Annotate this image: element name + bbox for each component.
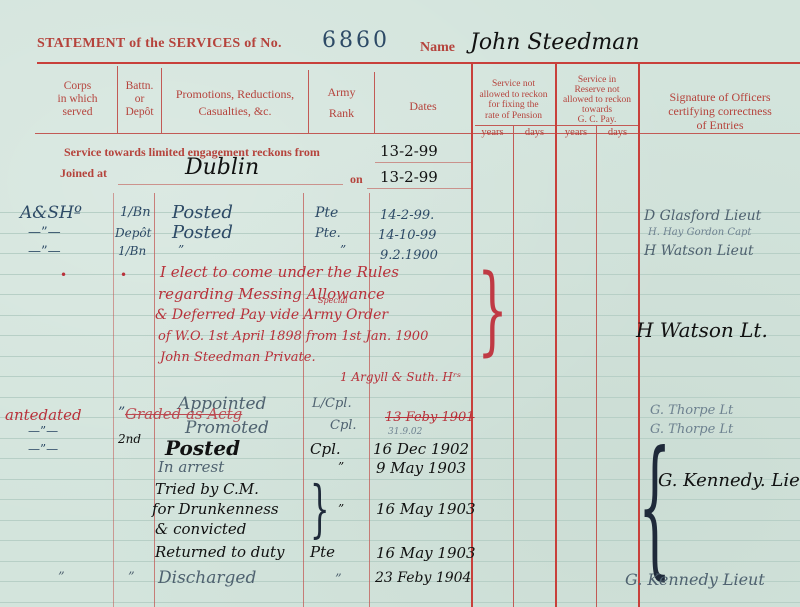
header-years-2: years: [556, 128, 596, 139]
entry-3-date: 9.2.1900: [380, 248, 438, 263]
election-line: I elect to come under the Rules: [160, 263, 399, 281]
col-divider: [471, 62, 473, 607]
later-7-rank: ”: [335, 572, 342, 587]
engagement-from-date: 13-2-99: [380, 142, 438, 160]
entry-1-rank: Pte: [315, 205, 338, 221]
fill-line: [367, 188, 471, 189]
later-3-battn: 2nd: [118, 432, 141, 446]
years-days-rule: [475, 125, 640, 126]
entry-4-battn: •: [120, 268, 127, 282]
header-service-not-allowed: Service notallowed to reckonfor fixing t…: [472, 79, 555, 121]
col-divider: [596, 125, 597, 607]
black-brace-icon: }: [310, 478, 330, 540]
event-line: Tried by C.M.: [155, 480, 259, 498]
entry-2-corps: —”—: [28, 225, 61, 240]
joined-on-date: 13-2-99: [380, 168, 438, 186]
entry-2-date: 14-10-99: [378, 228, 436, 243]
fill-line: [375, 162, 471, 163]
later-4-rank: ”: [338, 460, 344, 474]
entry-3-corps: —”—: [28, 244, 61, 259]
entry-2-signature: H. Hay Gordon Capt: [648, 227, 751, 238]
later-7-signature: G. Kennedy Lieut: [625, 570, 765, 589]
ruled-line: [0, 520, 800, 521]
later-5-signature: G. Kennedy. Lieutenant: [658, 470, 800, 491]
later-2-rank: Cpl.: [330, 418, 357, 433]
header-signature: Signature of Officerscertifying correctn…: [640, 90, 800, 132]
entry-1-date: 14-2-99.: [380, 208, 434, 223]
watson-signature-text: H Watson Lt.: [636, 318, 768, 342]
election-line: & Deferred Pay vide Army Order: [155, 307, 388, 323]
entry-2-rank: Pte.: [315, 226, 341, 241]
later-1-signature: G. Thorpe Lt: [650, 403, 733, 418]
header-dates: Dates: [375, 100, 471, 113]
header-reserve-not-allowed: Service inReserve notallowed to reckonto…: [556, 75, 638, 125]
later-7-battn: ”: [128, 570, 135, 585]
later-2-event: Promoted: [185, 418, 269, 438]
ruled-line: [0, 356, 800, 357]
entry-1-battn: 1/Bn: [120, 205, 151, 220]
later-1-date: 13 Feby 1901: [385, 410, 475, 425]
entry-2-battn: Depôt: [115, 226, 151, 240]
entry-3-rank: ”: [340, 243, 346, 257]
entry-4-corps: •: [60, 268, 67, 282]
joined-place: Dublin: [185, 155, 259, 180]
election-insert: Special: [318, 296, 348, 305]
entry-1-event: Posted: [172, 202, 233, 223]
on-label: on: [350, 172, 363, 187]
name-value: John Steedman: [470, 30, 640, 55]
later-2-date: 31.9.02: [388, 427, 422, 437]
ruled-line: [0, 540, 800, 541]
later-4-date: 9 May 1903: [376, 459, 466, 477]
unit-stamp: 1 Argyll & Suth. Hʳˢ: [340, 370, 461, 384]
entry-1-signature: D Glasford Lieut: [644, 208, 761, 224]
header-battn: Battn.orDepôt: [118, 80, 161, 119]
header-days-2: days: [597, 128, 638, 139]
later-7-corps: ”: [58, 570, 65, 585]
header-bottom-rule: [35, 133, 800, 134]
watson-signature: H Watson Lt.: [636, 318, 768, 342]
col-divider: [555, 62, 557, 607]
fill-line: [118, 184, 343, 185]
later-6-event: Returned to duty: [155, 543, 285, 561]
joined-at-label: Joined at: [60, 166, 107, 181]
header-years-1: years: [472, 128, 513, 139]
entry-1-corps: A&SHº: [20, 203, 82, 223]
entry-2-event: Posted: [172, 222, 233, 243]
service-record-sheet: STATEMENT of the SERVICES of No. 6860 Na…: [0, 0, 800, 607]
later-4-event: In arrest: [158, 458, 224, 476]
entry-3-signature: H Watson Lieut: [644, 243, 754, 259]
ruled-line: [0, 315, 800, 316]
service-number: 6860: [322, 28, 390, 53]
later-1-rank: L/Cpl.: [312, 396, 352, 411]
later-7-event: Discharged: [158, 568, 256, 588]
title-text: STATEMENT of the SERVICES of No.: [37, 36, 282, 51]
header-promotions: Promotions, Reductions,Casualties, &c.: [162, 86, 308, 120]
entry-3-battn: 1/Bn: [118, 244, 146, 258]
signature-brace-icon: {: [638, 432, 671, 582]
header-days-1: days: [514, 128, 555, 139]
header-rank: ArmyRank: [309, 86, 374, 120]
col-divider: [369, 193, 370, 607]
entry-3-event: ”: [178, 243, 184, 257]
election-line: of W.O. 1st April 1898 from 1st Jan. 190…: [158, 329, 428, 344]
document-title: STATEMENT of the SERVICES of No.: [37, 36, 282, 52]
ruled-line: [0, 397, 800, 398]
ruled-line: [0, 602, 800, 603]
later-5-rank: ”: [338, 502, 344, 516]
election-signature: John Steedman Private.: [160, 350, 316, 365]
later-6-date: 16 May 1903: [376, 544, 476, 562]
event-line: for Drunkenness: [152, 500, 279, 518]
name-label: Name: [420, 40, 455, 56]
header-corps: Corpsin whichserved: [40, 80, 115, 119]
header-top-rule: [37, 62, 800, 64]
later-3-rank: Cpl.: [310, 440, 341, 458]
later-3-event: Posted: [165, 436, 240, 460]
later-1-corps: —”—: [28, 424, 58, 438]
later-5-date: 16 May 1903: [376, 500, 476, 518]
later-6-rank: Pte: [310, 543, 335, 561]
election-line: regarding Messing Allowance: [158, 285, 385, 303]
event-line: & convicted: [155, 520, 246, 538]
later-2-corps: —”—: [28, 442, 58, 456]
col-divider: [113, 193, 114, 607]
later-7-date: 23 Feby 1904: [375, 570, 471, 586]
red-brace-icon: }: [477, 262, 508, 358]
later-1-corps-note: antedated: [5, 406, 82, 424]
later-3-date: 16 Dec 1902: [373, 440, 469, 458]
ruled-line: [0, 294, 800, 295]
col-divider: [513, 125, 514, 607]
col-divider: [303, 193, 304, 607]
